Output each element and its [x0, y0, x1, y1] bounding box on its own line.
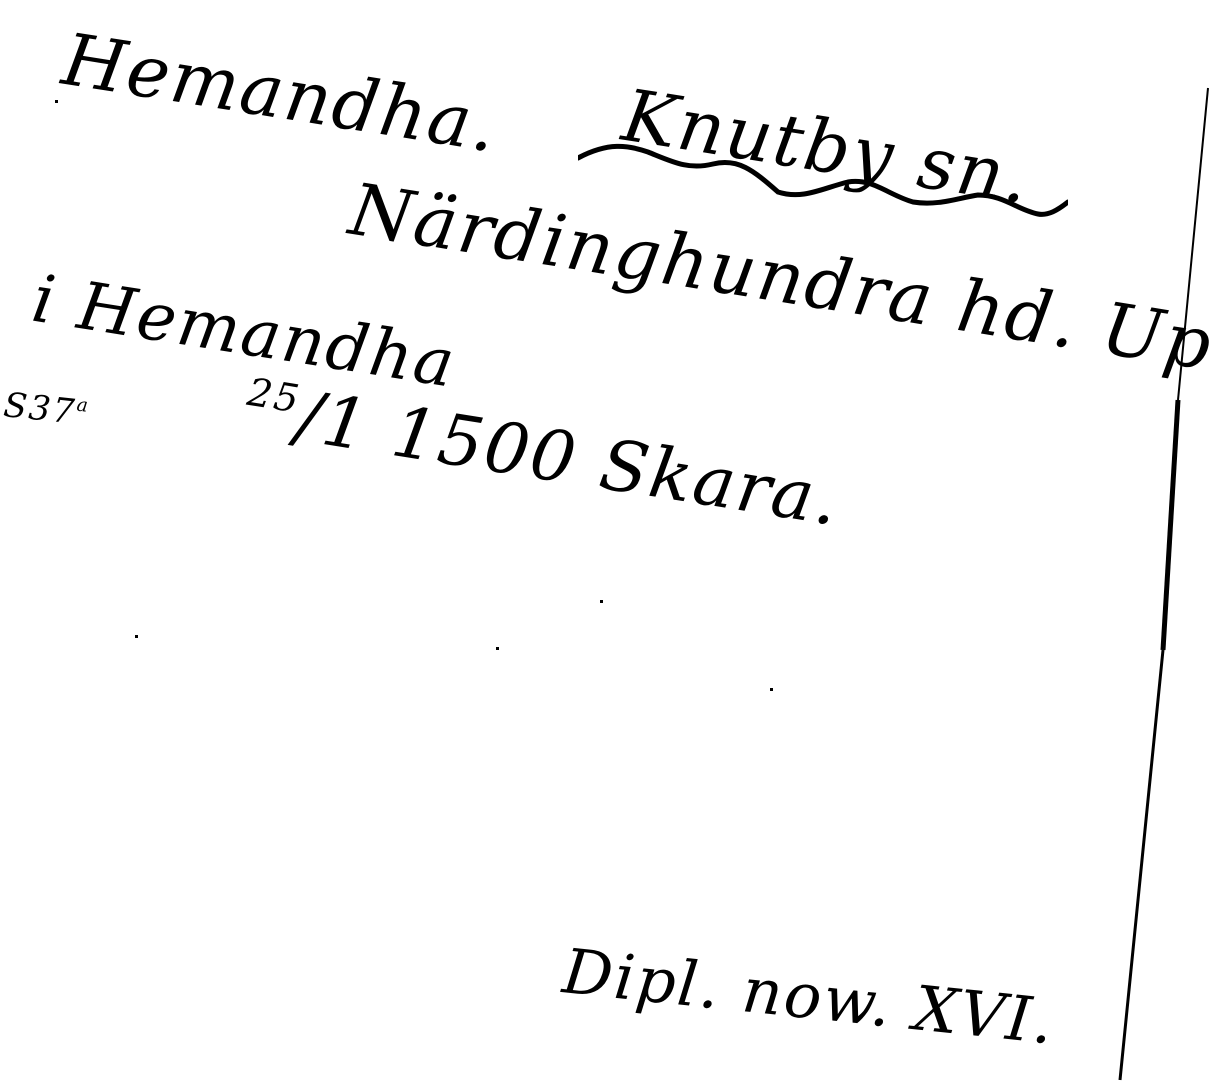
place-heading: Hemandha.: [58, 23, 503, 163]
scan-speck: [135, 635, 138, 638]
scan-speck: [600, 600, 603, 603]
scan-speck: [770, 688, 773, 691]
date-and-place: 25/1 1500 Skara.: [240, 373, 845, 536]
date-day: 25: [244, 370, 303, 423]
year-and-place: 1500 Skara.: [387, 390, 846, 542]
location-line: i Hemandha: [28, 266, 460, 398]
scan-speck: [496, 647, 499, 650]
scan-speck: [55, 100, 58, 103]
reference-number: S37a: [2, 388, 91, 431]
index-card: Hemandha. Knutby sn. Närdinghundra hd. U…: [0, 0, 1209, 1083]
source-citation: Dipl. now. XVI.: [560, 940, 1058, 1053]
reference-number-value: S37: [2, 385, 78, 432]
reference-number-superscript: a: [76, 395, 91, 417]
